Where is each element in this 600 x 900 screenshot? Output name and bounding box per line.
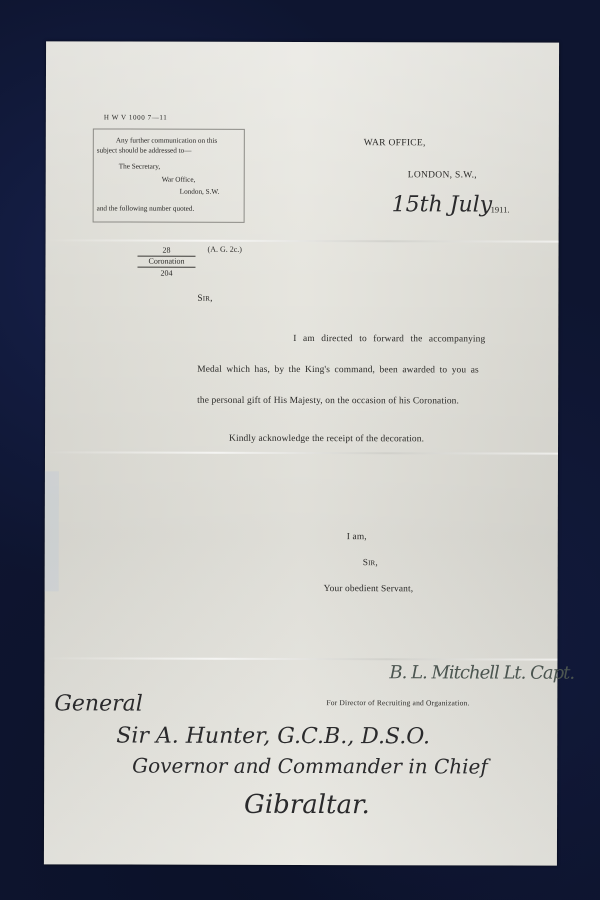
- reference-department: (A. G. 2c.): [208, 245, 242, 254]
- address-box-line: and the following number quoted.: [97, 204, 195, 212]
- paper-fold: [44, 657, 557, 660]
- signatory-title: For Director of Recruiting and Organizat…: [326, 698, 469, 707]
- paper-fold: [46, 239, 559, 242]
- form-code: H W V 1000 7—11: [104, 113, 167, 121]
- letterhead-year: 1911.: [491, 204, 510, 214]
- signature: B. L. Mitchell Lt. Capt.: [389, 662, 574, 683]
- paper-discoloration: [45, 471, 59, 591]
- addressee-line: Governor and Commander in Chief: [132, 754, 488, 779]
- address-box-line: The Secretary,: [119, 163, 160, 171]
- body-line: Medal which has, by the King's command, …: [197, 365, 479, 376]
- addressee-line: General: [54, 691, 143, 716]
- letter-paper: H W V 1000 7—11 Any further communicatio…: [44, 41, 559, 865]
- letterhead-office: WAR OFFICE,: [364, 138, 426, 148]
- address-box-line: Any further communication on this: [116, 137, 217, 145]
- closing-line: I am,: [347, 532, 367, 542]
- body-line: I am directed to forward the accompanyin…: [293, 334, 485, 345]
- body-line: the personal gift of His Majesty, on the…: [197, 396, 459, 407]
- paper-fold: [45, 451, 558, 454]
- closing-line: Your obedient Servant,: [324, 584, 414, 594]
- handwritten-date: 15th July: [392, 192, 493, 217]
- reference-number: 28 Coronation 204: [137, 246, 195, 278]
- reference-middle: Coronation: [137, 256, 195, 268]
- addressee-line: Sir A. Hunter, G.C.B., D.S.O.: [116, 724, 430, 750]
- letterhead-city: LONDON, S.W.,: [408, 170, 477, 180]
- reference-denominator: 204: [137, 269, 195, 278]
- address-box: Any further communication on this subjec…: [93, 128, 245, 222]
- closing-line: Sir,: [363, 558, 378, 568]
- address-box-line: War Office,: [162, 176, 196, 184]
- address-box-line: London, S.W.: [180, 188, 220, 196]
- addressee-line: Gibraltar.: [244, 790, 370, 820]
- salutation: Sir,: [197, 294, 212, 304]
- address-box-line: subject should be addressed to—: [97, 146, 192, 154]
- body-line: Kindly acknowledge the receipt of the de…: [229, 434, 424, 445]
- reference-numerator: 28: [138, 246, 196, 255]
